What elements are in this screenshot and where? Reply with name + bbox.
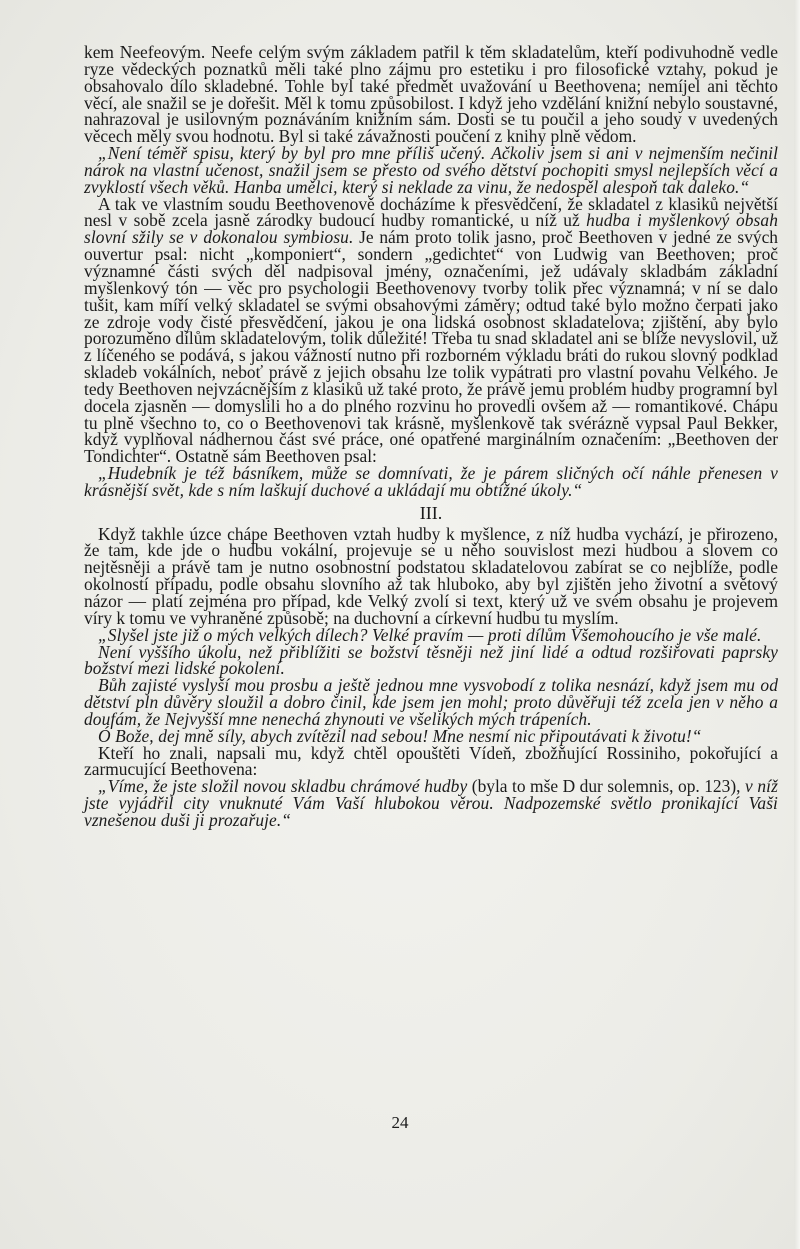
section-heading: III. [84, 505, 778, 522]
quote-prayer: Bůh zajisté vyslyší mou prosbu a ještě j… [84, 677, 778, 728]
paragraph-romantic-seeds: A tak ve vlastním soudu Beethovenově doc… [84, 196, 778, 466]
paragraph-neefe: kem Neefeovým. Neefe celým svým základem… [84, 44, 778, 145]
page-number: 24 [0, 1113, 800, 1133]
paragraph-vienna: Kteří ho znali, napsali mu, když chtěl o… [84, 745, 778, 779]
quote-missa-solemnis: „Víme, že jste složil novou skladbu chrá… [84, 778, 778, 829]
quote-learning: „Není téměř spisu, který by byl pro mne … [84, 145, 778, 196]
page-edge [794, 0, 800, 1249]
quote-divinity: Není vyššího úkolu, než přiblížiti se bo… [84, 644, 778, 678]
scanned-book-page: kem Neefeovým. Neefe celým svým základem… [0, 0, 800, 1249]
body-text: kem Neefeovým. Neefe celým svým základem… [84, 44, 778, 829]
quote-musician-poet: „Hudebník je též básníkem, může se domní… [84, 465, 778, 499]
paragraph-vocal-music: Když takhle úzce chápe Beethoven vztah h… [84, 526, 778, 627]
text-segment: Je nám proto tolik jasno, proč Beethoven… [84, 227, 778, 466]
quote-great-works: „Slyšel jste již o mých velkých dílech? … [84, 627, 778, 644]
